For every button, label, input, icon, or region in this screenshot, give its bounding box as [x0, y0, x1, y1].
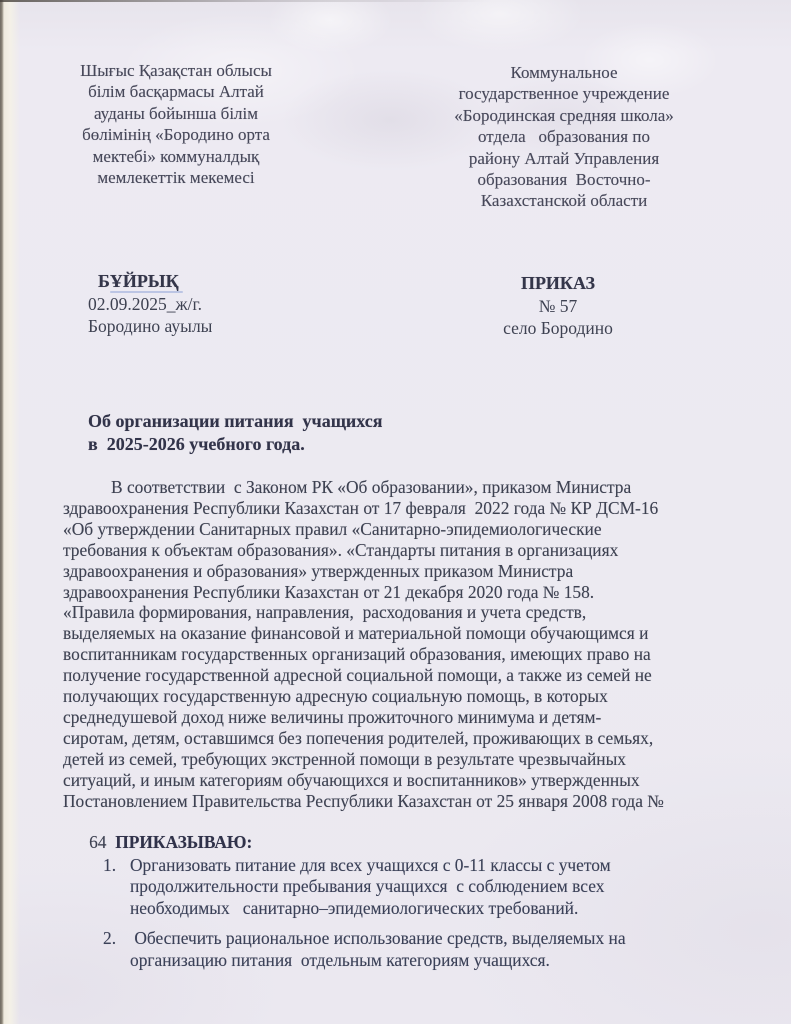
scanned-document-page: Шығыс Қазақстан облысы білім басқармасы …	[0, 0, 791, 1024]
org-name-russian-line: «Бородинская средняя школа»	[430, 105, 698, 126]
scan-top-edge	[0, 0, 490, 2]
org-name-russian: Коммунальное государственное учреждение …	[430, 62, 698, 212]
org-name-kazakh-line: мемлекеттік мекемесі	[62, 167, 290, 188]
item-text: Организовать питание для всех учащихся с…	[130, 855, 611, 919]
order-number: № 57	[466, 295, 650, 318]
scan-left-edge	[0, 0, 20, 1024]
order-items-list: 1. Организовать питание для всех учащихс…	[103, 855, 626, 980]
order-heading-russian: ПРИКАЗ № 57 село Бородино	[466, 272, 650, 340]
body-line: получение государственной адресной социа…	[63, 665, 753, 686]
org-name-russian-line: району Алтай Управления	[430, 148, 698, 169]
org-name-russian-line: отдела образования по	[430, 126, 698, 147]
org-name-russian-line: государственное учреждение	[430, 83, 698, 104]
order-item-1: 1. Организовать питание для всех учащихс…	[103, 855, 626, 919]
order-heading-kazakh: БҰЙРЫҚ 02.09.2025_ж/г. Бородино ауылы	[88, 270, 212, 338]
body-line: «Об утверждении Санитарных правил «Санит…	[63, 519, 753, 540]
order-title-kazakh: БҰЙРЫҚ	[88, 270, 179, 293]
subject-line: в 2025-2026 учебного года.	[88, 433, 383, 456]
item-line: Обеспечить рациональное использование ср…	[130, 928, 626, 949]
item-line: необходимых санитарно–эпидемиологических…	[130, 898, 611, 919]
subject-title: Об организации питания учащихся в 2025-2…	[88, 410, 383, 455]
org-name-russian-line: Коммунальное	[430, 62, 698, 83]
item-line: Организовать питание для всех учащихся с…	[130, 855, 611, 876]
body-line: В соответствии с Законом РК «Об образова…	[63, 477, 753, 498]
body-line: Постановлением Правительства Республики …	[63, 791, 753, 812]
subject-line: Об организации питания учащихся	[88, 410, 383, 433]
body-line: детей из семей, требующих экстренной пом…	[63, 749, 753, 770]
order-date: 02.09.2025_ж/г.	[88, 293, 212, 316]
order-title-russian: ПРИКАЗ	[466, 272, 650, 295]
body-line: среднедушевой доход ниже величины прожит…	[63, 707, 753, 728]
org-name-kazakh: Шығыс Қазақстан облысы білім басқармасы …	[62, 60, 290, 188]
org-name-kazakh-line: ауданы бойынша білім	[62, 103, 290, 124]
order-place-russian: село Бородино	[466, 317, 650, 340]
org-name-kazakh-line: білім басқармасы Алтай	[62, 81, 290, 102]
item-line: организацию питания отдельным категориям…	[130, 950, 626, 971]
body-line: воспитанникам государственных организаци…	[63, 644, 753, 665]
body-line: «Правила формирования, направления, расх…	[63, 602, 753, 623]
body-line: получающих государственную адресную соци…	[63, 686, 753, 707]
org-name-russian-line: образования Восточно-	[430, 169, 698, 190]
item-line: продолжительности пребывания учащихся с …	[130, 876, 611, 897]
item-number: 2.	[103, 928, 130, 971]
order-item-2: 2. Обеспечить рациональное использование…	[103, 928, 626, 971]
body-paragraph: В соответствии с Законом РК «Об образова…	[63, 477, 753, 874]
body-line: здравоохранения Республики Казахстан от …	[63, 582, 753, 603]
body-line: сиротам, детям, оставшимся без попечения…	[63, 728, 753, 749]
org-name-kazakh-line: Шығыс Қазақстан облысы	[62, 60, 290, 81]
org-name-kazakh-line: бөлімінің «Бородино орта	[62, 124, 290, 145]
org-name-kazakh-line: мектебі» коммуналдық	[62, 146, 290, 167]
body-line: здравоохранения и образования» утвержден…	[63, 561, 753, 582]
body-line: здравоохранения Республики Казахстан от …	[63, 498, 753, 519]
order-place-kazakh: Бородино ауылы	[88, 315, 212, 338]
item-number: 1.	[103, 855, 130, 919]
prikazyvayu-keyword: ПРИКАЗЫВАЮ:	[115, 832, 252, 852]
order-number-prefix: 64	[89, 832, 115, 852]
body-line: ситуаций, и иным категориям обучающихся …	[63, 770, 753, 791]
item-text: Обеспечить рациональное использование ср…	[130, 928, 626, 971]
org-name-russian-line: Казахстанской области	[430, 190, 698, 211]
body-line: требования к объектам образования». «Ста…	[63, 540, 753, 561]
body-line: выделяемых на оказание финансовой и мате…	[63, 623, 753, 644]
